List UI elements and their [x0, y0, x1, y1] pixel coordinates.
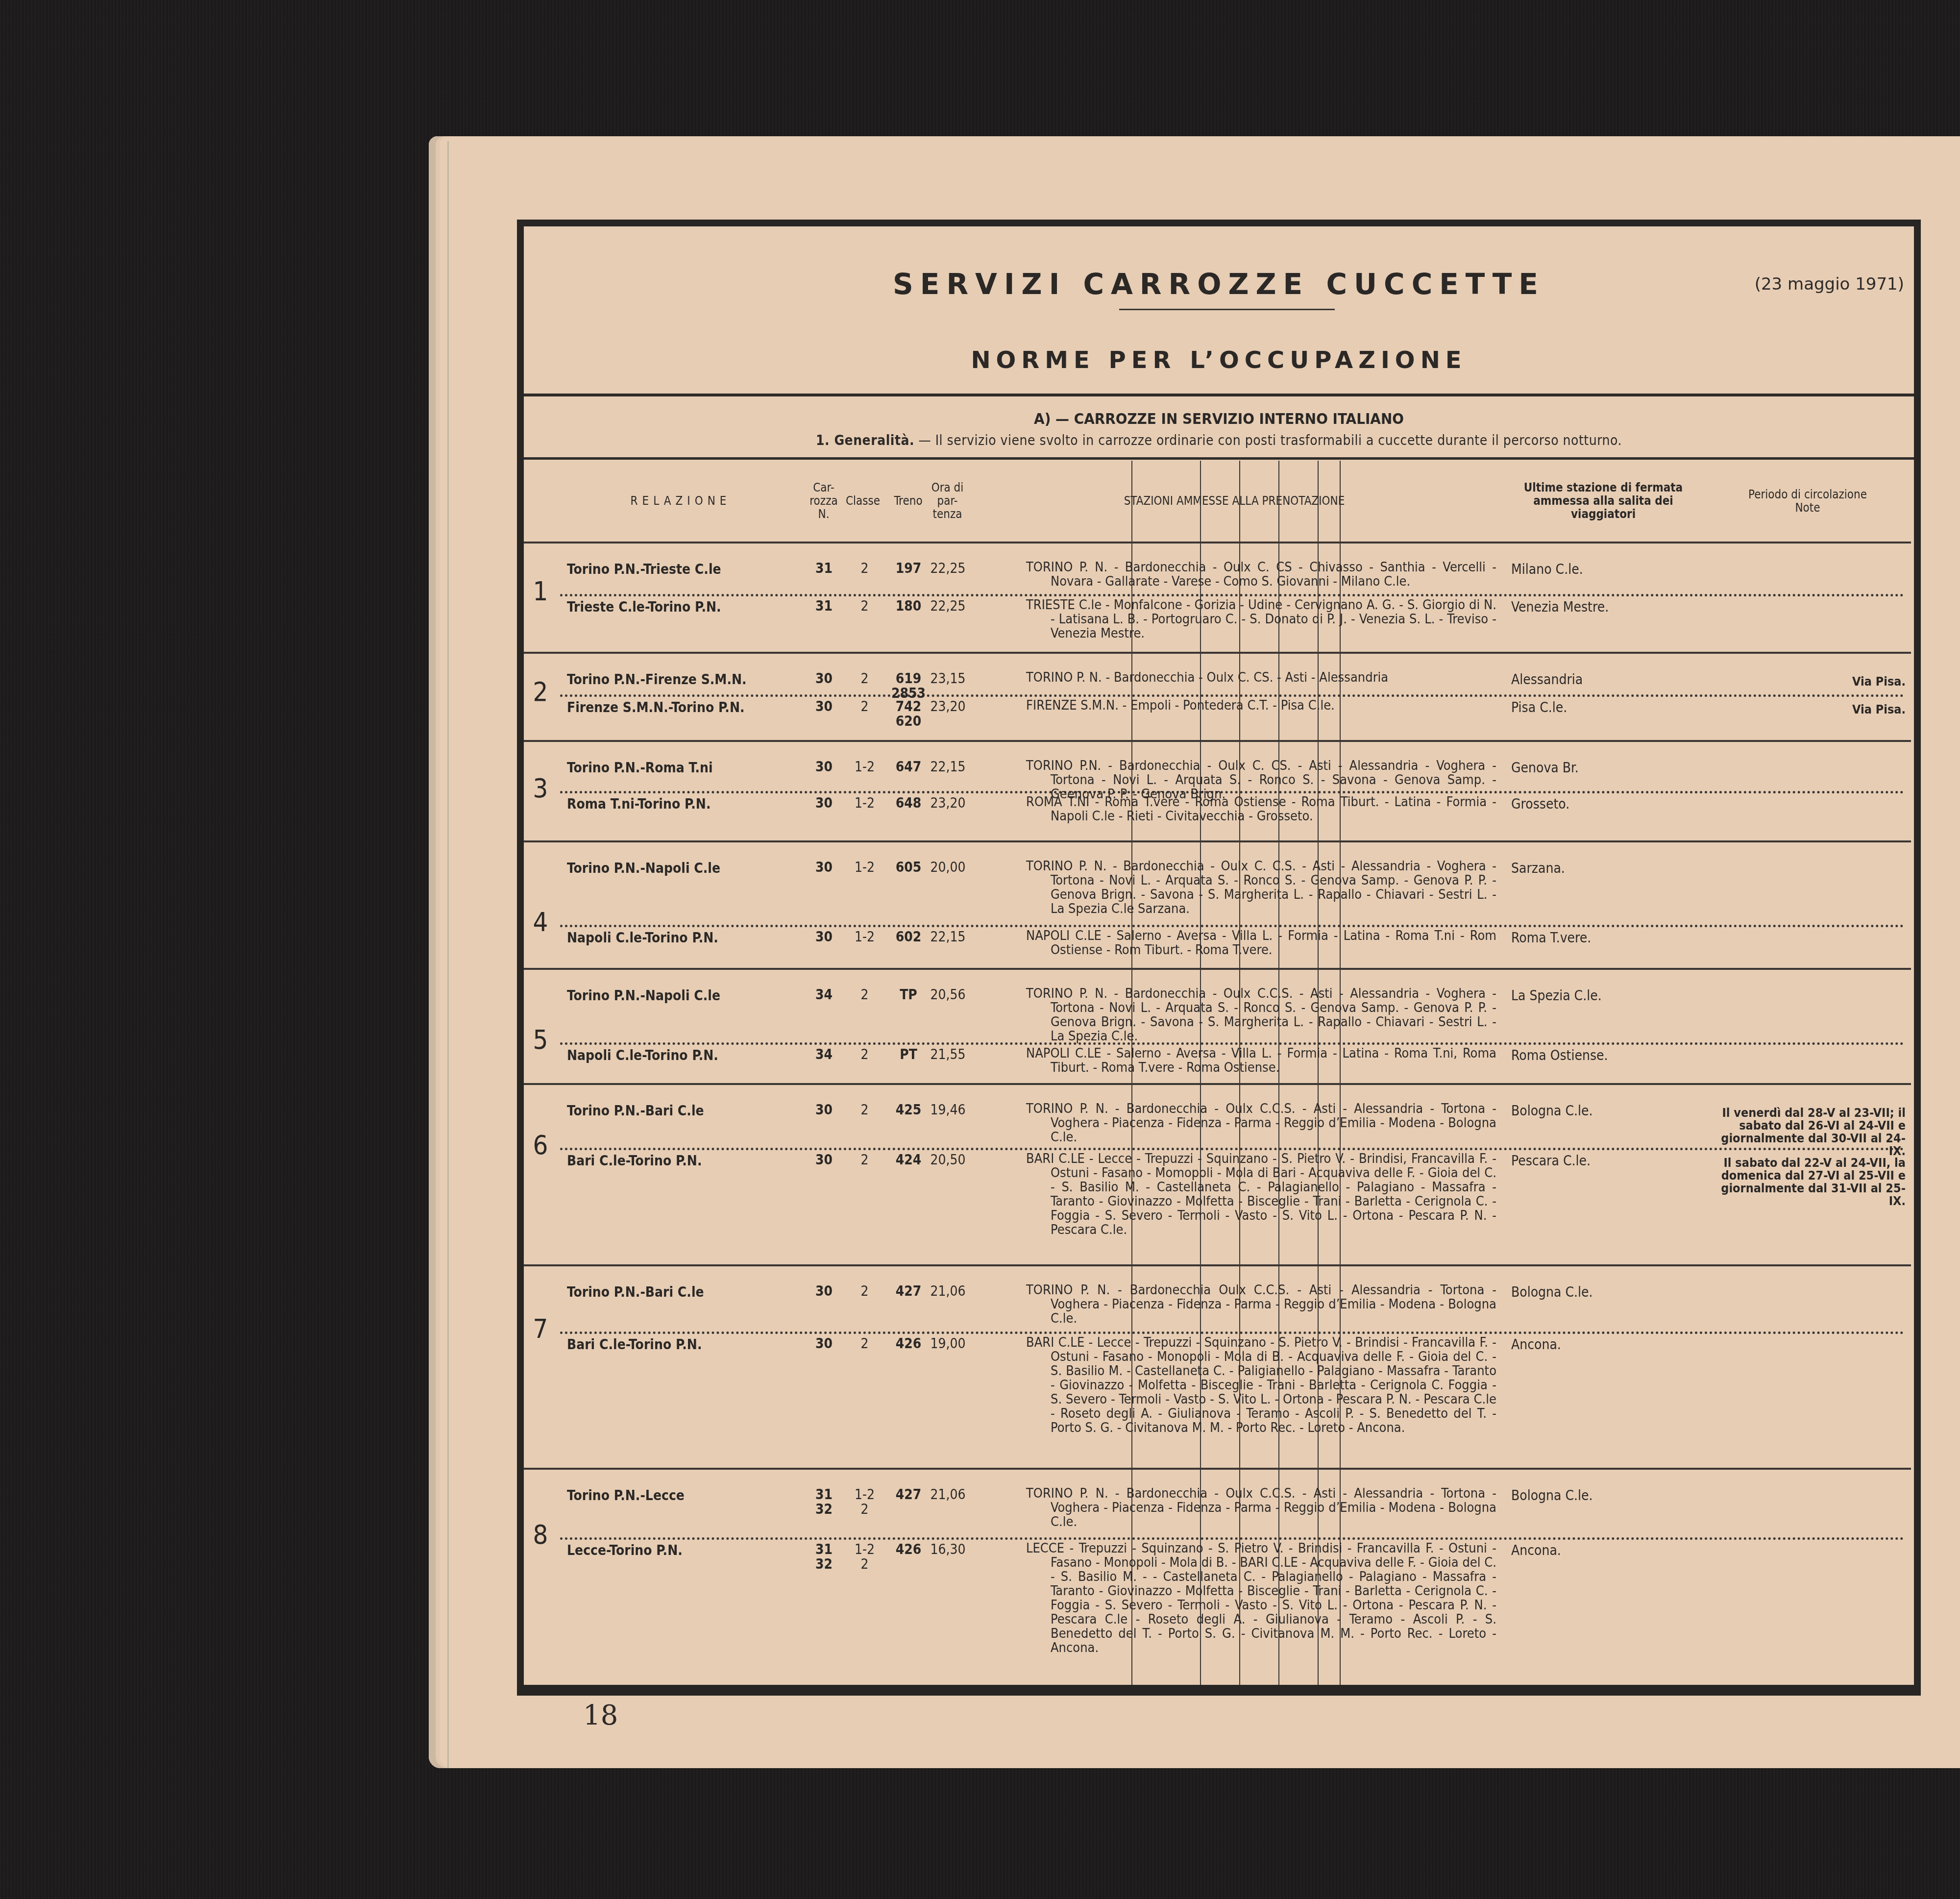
divider: [524, 394, 1914, 396]
carrozza-cell: 31: [810, 599, 837, 614]
direction-separator: [560, 1148, 1904, 1150]
route-group: 2Torino P.N.-Firenze S.M.N.302619 285323…: [524, 652, 1914, 740]
classe-cell: 2: [841, 599, 888, 614]
classe-cell: 2: [841, 1336, 888, 1351]
carrozza-cell: 30: [810, 671, 837, 686]
ultima-stazione-cell: Bologna C.le.: [1511, 1103, 1697, 1119]
treno-cell: 605: [889, 860, 928, 875]
route-group: 7Torino P.N.-Bari C.le30242721,06TORINO …: [524, 1264, 1914, 1468]
ultima-stazione-cell: Genova Br.: [1511, 760, 1697, 776]
direction-separator: [560, 694, 1904, 697]
classe-cell: 1-2: [841, 760, 888, 774]
group-number: 6: [531, 1130, 550, 1160]
relazione-cell: Torino P.N.-Napoli C.le: [567, 860, 812, 876]
divider: [524, 457, 1914, 460]
treno-cell: 427: [889, 1284, 928, 1299]
group-separator: [524, 840, 1911, 842]
page-header: SERVIZI CARROZZE CUCCETTE (23 maggio 197…: [524, 226, 1914, 395]
ora-partenza-cell: 23,15: [930, 671, 966, 686]
ora-partenza-cell: 19,00: [930, 1336, 966, 1351]
carrozza-cell: 31 32: [810, 1487, 837, 1517]
relazione-cell: Torino P.N.-Firenze S.M.N.: [567, 671, 812, 688]
route-group: 4Torino P.N.-Napoli C.le301-260520,00TOR…: [524, 840, 1914, 968]
relazione-cell: Torino P.N.-Bari C.le: [567, 1103, 812, 1119]
classe-cell: 2: [841, 1153, 888, 1167]
direction-separator: [560, 594, 1904, 596]
relazione-cell: Bari C.le-Torino P.N.: [567, 1153, 812, 1169]
page-number: 18: [583, 1700, 618, 1731]
carrozza-cell: 30: [810, 796, 837, 811]
stazioni-cell: TRIESTE C.le - Monfalcone - Gorizia - Ud…: [1026, 598, 1496, 641]
ora-partenza-cell: 22,25: [930, 561, 966, 576]
ora-partenza-cell: 23,20: [930, 796, 966, 811]
ultima-stazione-cell: Bologna C.le.: [1511, 1487, 1697, 1504]
header-carrozza: Car- rozza N.: [809, 461, 838, 542]
group-separator: [524, 652, 1911, 654]
group-separator: [524, 740, 1911, 742]
title-underline: [1119, 309, 1335, 310]
ora-partenza-cell: 22,25: [930, 599, 966, 614]
ultima-stazione-cell: Grosseto.: [1511, 796, 1697, 812]
ultima-stazione-cell: Roma T.vere.: [1511, 930, 1697, 946]
relazione-cell: Trieste C.le-Torino P.N.: [567, 599, 812, 615]
periodo-note-cell: Il sabato dal 22-V al 24-VII, la domenic…: [1710, 1157, 1906, 1208]
treno-cell: 197: [889, 561, 928, 576]
edition-date: (23 maggio 1971): [1755, 274, 1904, 294]
stazioni-cell: TORINO P. N. - Bardonecchia - Oulx C.C.S…: [1026, 986, 1496, 1043]
route-group: 1Torino P.N.-Trieste C.le31219722,25TORI…: [524, 542, 1914, 652]
treno-cell: 424: [889, 1153, 928, 1167]
group-separator: [524, 542, 1911, 543]
ultima-stazione-cell: Ancona.: [1511, 1542, 1697, 1558]
carrozza-cell: 31 32: [810, 1542, 837, 1572]
group-number: 2: [531, 676, 550, 707]
treno-cell: 742 620: [889, 699, 928, 729]
stazioni-cell: TORINO P. N. - Bardonecchia Oulx C.C.S. …: [1026, 1283, 1496, 1326]
timetable-frame: SERVIZI CARROZZE CUCCETTE (23 maggio 197…: [517, 220, 1921, 1696]
general-text: — Il servizio viene svolto in carrozze o…: [914, 432, 1622, 448]
route-group: 5Torino P.N.-Napoli C.le342TP20,56TORINO…: [524, 968, 1914, 1083]
carrozza-cell: 30: [810, 930, 837, 944]
header-ultima-stazione: Ultime stazione di fermata ammessa alla …: [1503, 461, 1704, 542]
header-ora: Ora di par- tenza: [929, 461, 966, 542]
carrozza-cell: 31: [810, 561, 837, 576]
group-separator: [524, 1468, 1911, 1470]
carrozza-cell: 30: [810, 860, 837, 875]
treno-cell: 180: [889, 599, 928, 614]
periodo-note-cell: Il venerdì dal 28-V al 23-VII; il sabato…: [1710, 1107, 1906, 1158]
page-title: SERVIZI CARROZZE CUCCETTE: [524, 268, 1914, 301]
group-number: 4: [531, 907, 550, 937]
ora-partenza-cell: 19,46: [930, 1103, 966, 1117]
classe-cell: 1-2 2: [841, 1487, 888, 1517]
relazione-cell: Torino P.N.-Lecce: [567, 1487, 812, 1504]
ultima-stazione-cell: Sarzana.: [1511, 860, 1697, 876]
ora-partenza-cell: 23,20: [930, 699, 966, 714]
periodo-note-cell: Via Pisa.: [1710, 703, 1906, 716]
treno-cell: 647: [889, 760, 928, 774]
ultima-stazione-cell: Roma Ostiense.: [1511, 1047, 1697, 1063]
relazione-cell: Roma T.ni-Torino P.N.: [567, 796, 812, 812]
treno-cell: 602: [889, 930, 928, 944]
direction-separator: [560, 1537, 1904, 1540]
relazione-cell: Torino P.N.-Trieste C.le: [567, 561, 812, 577]
treno-cell: 426: [889, 1336, 928, 1351]
relazione-cell: Firenze S.M.N.-Torino P.N.: [567, 699, 812, 715]
group-number: 8: [531, 1519, 550, 1550]
ultima-stazione-cell: Ancona.: [1511, 1336, 1697, 1353]
stazioni-cell: TORINO P. N. - Bardonecchia - Oulx C.C.S…: [1026, 1486, 1496, 1529]
stazioni-cell: TORINO P. N. - Bardonecchia - Oulx C. C.…: [1026, 859, 1496, 916]
ultima-stazione-cell: La Spezia C.le.: [1511, 987, 1697, 1004]
group-separator: [524, 968, 1911, 970]
carrozza-cell: 30: [810, 760, 837, 774]
carrozza-cell: 30: [810, 1103, 837, 1117]
header-classe: Classe: [838, 461, 887, 542]
ora-partenza-cell: 20,56: [930, 987, 966, 1002]
classe-cell: 2: [841, 699, 888, 714]
classe-cell: 1-2 2: [841, 1542, 888, 1572]
classe-cell: 2: [841, 671, 888, 686]
group-number: 5: [531, 1024, 550, 1055]
relazione-cell: Napoli C.le-Torino P.N.: [567, 1047, 812, 1063]
classe-cell: 1-2: [841, 796, 888, 811]
relazione-cell: Torino P.N.-Napoli C.le: [567, 987, 812, 1004]
stazioni-cell: TORINO P. N. - Bardonecchia - Oulx C. CS…: [1026, 560, 1496, 589]
general-label: 1. Generalità.: [816, 432, 914, 448]
ultima-stazione-cell: Alessandria: [1511, 671, 1697, 688]
ultima-stazione-cell: Bologna C.le.: [1511, 1284, 1697, 1300]
stazioni-cell: BARI C.LE - Lecce - Trepuzzi - Squinzano…: [1026, 1152, 1496, 1237]
stazioni-cell: NAPOLI C.LE - Salerno - Aversa - Villa L…: [1026, 1046, 1496, 1075]
periodo-note-cell: Via Pisa.: [1710, 675, 1906, 688]
ultima-stazione-cell: Venezia Mestre.: [1511, 599, 1697, 615]
group-number: 7: [531, 1313, 550, 1344]
treno-cell: 619 2853: [889, 671, 928, 701]
ora-partenza-cell: 22,15: [930, 930, 966, 944]
treno-cell: 425: [889, 1103, 928, 1117]
ora-partenza-cell: 16,30: [930, 1542, 966, 1557]
treno-cell: PT: [889, 1047, 928, 1062]
group-separator: [524, 1264, 1911, 1266]
stazioni-cell: NAPOLI C.LE - Salerno - Aversa - Villa L…: [1026, 929, 1496, 957]
header-treno: Treno: [887, 461, 929, 542]
cuccette-table: RELAZIONE Car- rozza N. Classe Treno Ora…: [524, 461, 1914, 1685]
carrozza-cell: 34: [810, 987, 837, 1002]
treno-cell: 427: [889, 1487, 928, 1502]
ultima-stazione-cell: Milano C.le.: [1511, 561, 1697, 577]
treno-cell: 426: [889, 1542, 928, 1557]
route-group: 6Torino P.N.-Bari C.le30242519,46TORINO …: [524, 1083, 1914, 1264]
ultima-stazione-cell: Pescara C.le.: [1511, 1153, 1697, 1169]
stazioni-cell: LECCE - Trepuzzi - Squinzano - S. Pietro…: [1026, 1541, 1496, 1655]
route-group: 8Torino P.N.-Lecce31 321-2 242721,06TORI…: [524, 1468, 1914, 1688]
general-paragraph: 1. Generalità. — Il servizio viene svolt…: [524, 432, 1914, 448]
header-periodo: Periodo di circolazione Note: [1705, 461, 1911, 542]
direction-separator: [560, 1332, 1904, 1334]
ora-partenza-cell: 21,06: [930, 1487, 966, 1502]
stazioni-cell: TORINO P. N. - Bardonecchia - Oulx C.C.S…: [1026, 1102, 1496, 1144]
relazione-cell: Napoli C.le-Torino P.N.: [567, 930, 812, 946]
section-heading: A) — CARROZZE IN SERVIZIO INTERNO ITALIA…: [524, 410, 1914, 428]
relazione-cell: Lecce-Torino P.N.: [567, 1542, 812, 1558]
direction-separator: [560, 925, 1904, 927]
relazione-cell: Bari C.le-Torino P.N.: [567, 1336, 812, 1353]
carrozza-cell: 34: [810, 1047, 837, 1062]
group-separator: [524, 1083, 1911, 1085]
group-number: 3: [531, 773, 550, 804]
classe-cell: 2: [841, 561, 888, 576]
group-number: 1: [531, 576, 550, 607]
stazioni-cell: FIRENZE S.M.N. - Empoli - Pontedera C.T.…: [1026, 698, 1496, 713]
route-group: 3Torino P.N.-Roma T.ni301-264722,15TORIN…: [524, 740, 1914, 840]
ora-partenza-cell: 21,06: [930, 1284, 966, 1299]
classe-cell: 1-2: [841, 860, 888, 875]
classe-cell: 2: [841, 1284, 888, 1299]
carrozza-cell: 30: [810, 1336, 837, 1351]
header-stazioni: STAZIONI AMMESSE ALLA PRENOTAZIONE: [967, 461, 1501, 542]
ultima-stazione-cell: Pisa C.le.: [1511, 699, 1697, 715]
carrozza-cell: 30: [810, 1284, 837, 1299]
classe-cell: 2: [841, 1047, 888, 1062]
carrozza-cell: 30: [810, 1153, 837, 1167]
ora-partenza-cell: 22,15: [930, 760, 966, 774]
treno-cell: TP: [889, 987, 928, 1002]
ora-partenza-cell: 20,00: [930, 860, 966, 875]
stazioni-cell: BARI C.LE - Lecce - Trepuzzi - Squinzano…: [1026, 1335, 1496, 1435]
stazioni-cell: ROMA T.NI - Roma T.vere - Roma Ostiense …: [1026, 795, 1496, 823]
treno-cell: 648: [889, 796, 928, 811]
carrozza-cell: 30: [810, 699, 837, 714]
classe-cell: 1-2: [841, 930, 888, 944]
ora-partenza-cell: 21,55: [930, 1047, 966, 1062]
header-relazione: RELAZIONE: [553, 461, 808, 542]
classe-cell: 2: [841, 987, 888, 1002]
page-subtitle: NORME PER L’OCCUPAZIONE: [524, 346, 1914, 374]
classe-cell: 2: [841, 1103, 888, 1117]
ora-partenza-cell: 20,50: [930, 1153, 966, 1167]
relazione-cell: Torino P.N.-Bari C.le: [567, 1284, 812, 1300]
relazione-cell: Torino P.N.-Roma T.ni: [567, 760, 812, 776]
stazioni-cell: TORINO P. N. - Bardonecchia - Oulx C. CS…: [1026, 670, 1496, 685]
